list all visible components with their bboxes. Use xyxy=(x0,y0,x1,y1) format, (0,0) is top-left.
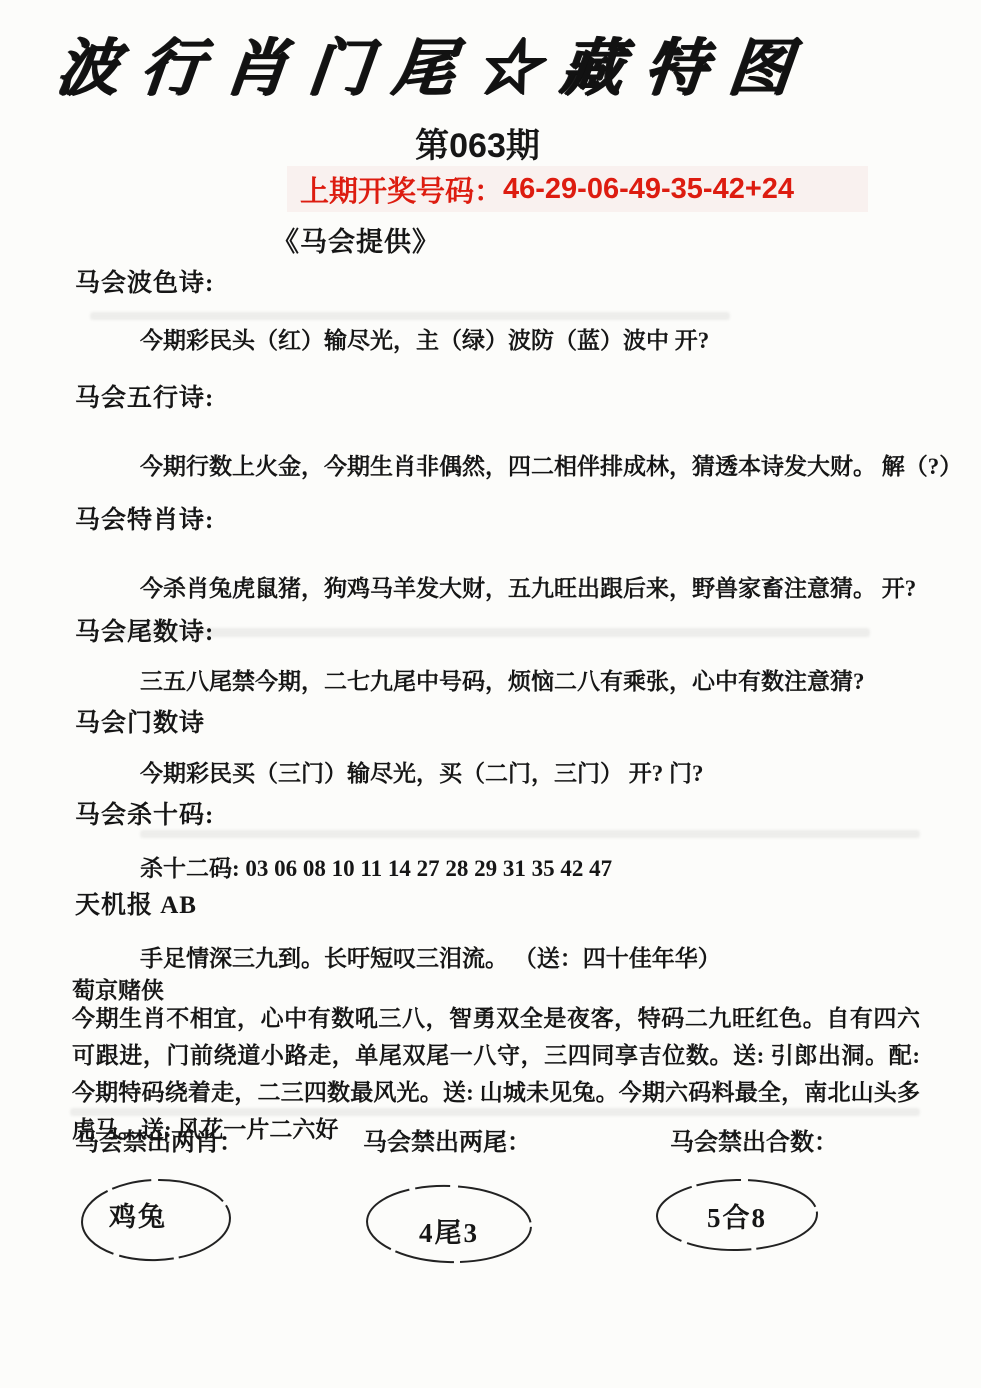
forbid-heading-tails: 马会禁出两尾： xyxy=(363,1122,531,1157)
forbid-value-sum: 5合8 xyxy=(707,1196,767,1235)
last-draw-numbers: 46-29-06-49-35-42+24 xyxy=(503,173,794,206)
section-line-weishu: 三五八尾禁今期，二七九尾中号码，烦恼二八有乘张，心中有数注意猜? xyxy=(140,663,865,696)
issue-number: 第063期 xyxy=(0,118,981,167)
page-title: 波行肖门尾☆藏特图 xyxy=(0,18,981,107)
section-line-bose: 今期彩民头（红）输尽光，主（绿）波防（蓝）波中 开? xyxy=(140,322,709,355)
forbid-value-zodiacs: 鸡兔 xyxy=(109,1195,167,1234)
section-heading-texiao: 马会特肖诗: xyxy=(75,500,214,536)
scan-artifact xyxy=(90,312,730,320)
section-heading-weishu: 马会尾数诗: xyxy=(75,612,214,648)
forbid-oval-zodiacs: 鸡兔 xyxy=(78,1176,234,1264)
forbid-heading-zodiacs: 马会禁出两肖： xyxy=(75,1122,243,1157)
scan-artifact xyxy=(110,628,870,637)
tip-sheet: 波行肖门尾☆藏特图 第063期 上期开奖号码：46-29-06-49-35-42… xyxy=(0,0,981,1388)
forbid-oval-sum: 5合8 xyxy=(653,1176,821,1254)
section-heading-menshu: 马会门数诗 xyxy=(75,703,205,739)
last-draw-banner: 上期开奖号码：46-29-06-49-35-42+24 xyxy=(287,166,868,212)
section-heading-shama: 马会杀十码: xyxy=(75,795,214,831)
provider-note: 《马会提供》 xyxy=(272,220,440,259)
section-line-menshu: 今期彩民买（三门）输尽光，买（二门，三门） 开? 门? xyxy=(140,755,704,788)
forbid-heading-sum: 马会禁出合数： xyxy=(670,1122,838,1157)
last-draw-label: 上期开奖号码： xyxy=(300,169,503,210)
forbid-value-tails: 4尾3 xyxy=(419,1211,479,1250)
section-heading-wuxing: 马会五行诗: xyxy=(75,378,214,414)
section-line-tianji: 手足情深三九到。长吁短叹三泪流。 （送：四十佳年华） xyxy=(140,940,721,973)
section-line-texiao: 今杀肖兔虎鼠猪，狗鸡马羊发大财，五九旺出跟后来，野兽家畜注意猜。 开? xyxy=(140,570,916,603)
section-line-kill-numbers: 杀十二码: 03 06 08 10 11 14 27 28 29 31 35 4… xyxy=(140,850,612,883)
section-heading-tianji: 天机报 AB xyxy=(75,885,197,921)
forbid-oval-tails: 4尾3 xyxy=(363,1182,535,1266)
scan-artifact xyxy=(140,830,920,838)
section-heading-bose: 马会波色诗: xyxy=(75,263,214,299)
section-line-wuxing: 今期行数上火金，今期生肖非偶然，四二相伴排成林，猜透本诗发大财。 解（?） xyxy=(140,448,962,481)
